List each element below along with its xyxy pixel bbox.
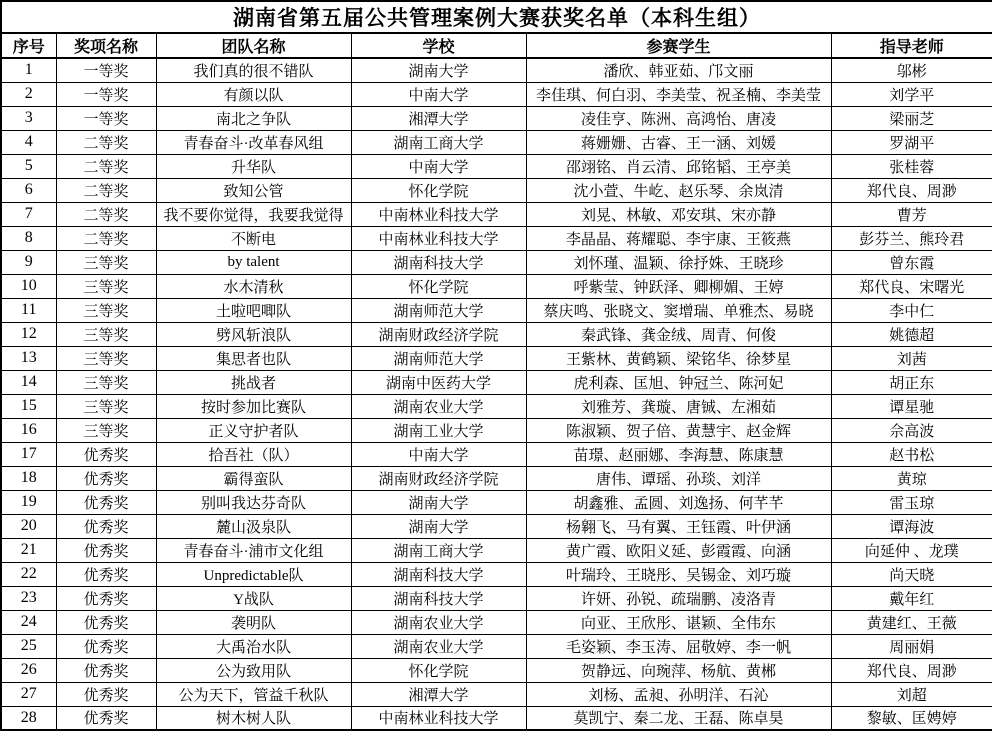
cell-index: 1 xyxy=(1,58,56,82)
cell-advisor: 尚天晓 xyxy=(831,562,992,586)
cell-school: 中南林业科技大学 xyxy=(351,706,526,730)
cell-award: 二等奖 xyxy=(56,130,156,154)
cell-advisor: 刘茜 xyxy=(831,346,992,370)
cell-advisor: 曹芳 xyxy=(831,202,992,226)
cell-students: 凌佳亨、陈洲、高鸿怡、唐凌 xyxy=(526,106,831,130)
table-row: 3一等奖南北之争队湘潭大学凌佳亨、陈洲、高鸿怡、唐凌梁丽芝 xyxy=(1,106,992,130)
cell-advisor: 刘超 xyxy=(831,682,992,706)
table-row: 17优秀奖拾吾社（队）中南大学苗璟、赵丽娜、李海慧、陈康慧赵书松 xyxy=(1,442,992,466)
cell-students: 呼紫莹、钟跃泽、卿柳媚、王婷 xyxy=(526,274,831,298)
cell-index: 24 xyxy=(1,610,56,634)
table-row: 9三等奖by talent湖南科技大学刘怀瑾、温颖、徐抒姝、王晓珍曾东霞 xyxy=(1,250,992,274)
cell-index: 12 xyxy=(1,322,56,346)
cell-advisor: 彭芬兰、熊玲君 xyxy=(831,226,992,250)
cell-school: 湖南科技大学 xyxy=(351,562,526,586)
cell-students: 胡鑫雅、孟圆、刘逸扬、何芊芊 xyxy=(526,490,831,514)
cell-students: 蒋姗姗、古睿、王一涵、刘媛 xyxy=(526,130,831,154)
header-row: 序号奖项名称团队名称学校参赛学生指导老师 xyxy=(1,33,992,58)
cell-index: 26 xyxy=(1,658,56,682)
cell-team: 劈风斩浪队 xyxy=(156,322,351,346)
cell-school: 中南大学 xyxy=(351,154,526,178)
cell-school: 湖南科技大学 xyxy=(351,586,526,610)
cell-team: Unpredictable队 xyxy=(156,562,351,586)
cell-advisor: 曾东霞 xyxy=(831,250,992,274)
cell-index: 9 xyxy=(1,250,56,274)
cell-students: 王紫林、黄鹤颖、梁铭华、徐梦星 xyxy=(526,346,831,370)
cell-index: 17 xyxy=(1,442,56,466)
cell-school: 湘潭大学 xyxy=(351,106,526,130)
table-row: 10三等奖水木清秋怀化学院呼紫莹、钟跃泽、卿柳媚、王婷郑代良、宋曙光 xyxy=(1,274,992,298)
cell-students: 刘雅芳、龚璇、唐铖、左湘茹 xyxy=(526,394,831,418)
cell-award: 三等奖 xyxy=(56,418,156,442)
cell-award: 优秀奖 xyxy=(56,682,156,706)
table-row: 18优秀奖霸得蛮队湖南财政经济学院唐伟、谭瑶、孙琰、刘洋黄琼 xyxy=(1,466,992,490)
cell-index: 20 xyxy=(1,514,56,538)
cell-team: 土啦吧唧队 xyxy=(156,298,351,322)
cell-students: 虎利森、匡旭、钟冠兰、陈河妃 xyxy=(526,370,831,394)
table-row: 1一等奖我们真的很不错队湖南大学潘欣、韩亚茹、邝文丽邬彬 xyxy=(1,58,992,82)
cell-school: 湖南工商大学 xyxy=(351,130,526,154)
cell-team: 青春奋斗·改革春风组 xyxy=(156,130,351,154)
cell-team: 公为天下，管益千秋队 xyxy=(156,682,351,706)
column-header-advisor: 指导老师 xyxy=(831,33,992,58)
column-header-index: 序号 xyxy=(1,33,56,58)
cell-award: 优秀奖 xyxy=(56,442,156,466)
cell-award: 三等奖 xyxy=(56,370,156,394)
cell-advisor: 张桂蓉 xyxy=(831,154,992,178)
cell-index: 27 xyxy=(1,682,56,706)
cell-advisor: 梁丽芝 xyxy=(831,106,992,130)
cell-students: 刘晃、林敏、邓安琪、宋亦静 xyxy=(526,202,831,226)
column-header-award: 奖项名称 xyxy=(56,33,156,58)
table-row: 23优秀奖Y战队湖南科技大学许妍、孙锐、疏瑞鹏、凌洛青戴年红 xyxy=(1,586,992,610)
table-row: 27优秀奖公为天下，管益千秋队湘潭大学刘杨、孟昶、孙明洋、石沁刘超 xyxy=(1,682,992,706)
cell-students: 叶瑞玲、王晓彤、吴锡金、刘巧璇 xyxy=(526,562,831,586)
cell-school: 湖南农业大学 xyxy=(351,394,526,418)
cell-award: 优秀奖 xyxy=(56,514,156,538)
cell-school: 湘潭大学 xyxy=(351,682,526,706)
cell-school: 湖南科技大学 xyxy=(351,250,526,274)
cell-team: 水木清秋 xyxy=(156,274,351,298)
cell-team: 麓山汲泉队 xyxy=(156,514,351,538)
cell-award: 优秀奖 xyxy=(56,706,156,730)
cell-school: 湖南大学 xyxy=(351,514,526,538)
table-row: 21优秀奖青春奋斗·浦市文化组湖南工商大学黄广霞、欧阳义延、彭霞霞、向涵向延仲 … xyxy=(1,538,992,562)
cell-students: 毛姿颖、李玉涛、屈敬婷、李一帆 xyxy=(526,634,831,658)
cell-team: 正义守护者队 xyxy=(156,418,351,442)
cell-school: 湖南工业大学 xyxy=(351,418,526,442)
cell-advisor: 郑代良、周渺 xyxy=(831,658,992,682)
table-row: 15三等奖按时参加比赛队湖南农业大学刘雅芳、龚璇、唐铖、左湘茹谭星驰 xyxy=(1,394,992,418)
cell-award: 三等奖 xyxy=(56,394,156,418)
cell-students: 刘杨、孟昶、孙明洋、石沁 xyxy=(526,682,831,706)
cell-advisor: 赵书松 xyxy=(831,442,992,466)
cell-students: 黄广霞、欧阳义延、彭霞霞、向涵 xyxy=(526,538,831,562)
table-row: 13三等奖集思者也队湖南师范大学王紫林、黄鹤颖、梁铭华、徐梦星刘茜 xyxy=(1,346,992,370)
cell-team: 我们真的很不错队 xyxy=(156,58,351,82)
cell-award: 二等奖 xyxy=(56,226,156,250)
cell-school: 湖南工商大学 xyxy=(351,538,526,562)
cell-team: 袭明队 xyxy=(156,610,351,634)
cell-index: 28 xyxy=(1,706,56,730)
cell-advisor: 郑代良、宋曙光 xyxy=(831,274,992,298)
cell-team: 我不要你觉得，我要我觉得 xyxy=(156,202,351,226)
column-header-team: 团队名称 xyxy=(156,33,351,58)
cell-award: 三等奖 xyxy=(56,322,156,346)
cell-advisor: 邬彬 xyxy=(831,58,992,82)
cell-students: 杨翱飞、马有翼、王钰霞、叶伊涵 xyxy=(526,514,831,538)
cell-team: 拾吾社（队） xyxy=(156,442,351,466)
cell-team: 大禹治水队 xyxy=(156,634,351,658)
table-row: 25优秀奖大禹治水队湖南农业大学毛姿颖、李玉涛、屈敬婷、李一帆周丽娟 xyxy=(1,634,992,658)
table-row: 26优秀奖公为致用队怀化学院贺静远、向琬萍、杨航、黄郴郑代良、周渺 xyxy=(1,658,992,682)
cell-team: 公为致用队 xyxy=(156,658,351,682)
cell-advisor: 佘高波 xyxy=(831,418,992,442)
table-row: 14三等奖挑战者湖南中医药大学虎利森、匡旭、钟冠兰、陈河妃胡正东 xyxy=(1,370,992,394)
cell-award: 优秀奖 xyxy=(56,634,156,658)
cell-students: 许妍、孙锐、疏瑞鹏、凌洛青 xyxy=(526,586,831,610)
cell-students: 苗璟、赵丽娜、李海慧、陈康慧 xyxy=(526,442,831,466)
cell-team: 别叫我达芬奇队 xyxy=(156,490,351,514)
cell-index: 13 xyxy=(1,346,56,370)
cell-index: 18 xyxy=(1,466,56,490)
cell-advisor: 黎敏、匡娉婷 xyxy=(831,706,992,730)
cell-award: 一等奖 xyxy=(56,82,156,106)
cell-award: 优秀奖 xyxy=(56,562,156,586)
cell-index: 6 xyxy=(1,178,56,202)
table-row: 24优秀奖袭明队湖南农业大学向亚、王欣彤、谌颖、全伟东黄建红、王薇 xyxy=(1,610,992,634)
cell-index: 7 xyxy=(1,202,56,226)
cell-award: 优秀奖 xyxy=(56,586,156,610)
cell-school: 湖南大学 xyxy=(351,490,526,514)
cell-students: 邵翊铭、肖云清、邱铭韬、王亭美 xyxy=(526,154,831,178)
cell-index: 8 xyxy=(1,226,56,250)
title-row: 湖南省第五届公共管理案例大赛获奖名单（本科生组） xyxy=(1,1,992,33)
cell-award: 一等奖 xyxy=(56,58,156,82)
cell-index: 21 xyxy=(1,538,56,562)
cell-students: 秦武锋、龚金绒、周青、何俊 xyxy=(526,322,831,346)
cell-index: 19 xyxy=(1,490,56,514)
cell-award: 二等奖 xyxy=(56,202,156,226)
cell-award: 二等奖 xyxy=(56,178,156,202)
cell-award: 三等奖 xyxy=(56,298,156,322)
cell-school: 怀化学院 xyxy=(351,178,526,202)
cell-students: 陈淑颖、贺子倍、黄慧宇、赵金辉 xyxy=(526,418,831,442)
cell-school: 湖南师范大学 xyxy=(351,346,526,370)
cell-advisor: 黄琼 xyxy=(831,466,992,490)
cell-award: 三等奖 xyxy=(56,346,156,370)
cell-index: 25 xyxy=(1,634,56,658)
table-row: 28优秀奖树木树人队中南林业科技大学莫凯宁、秦二龙、王磊、陈卓昊黎敏、匡娉婷 xyxy=(1,706,992,730)
cell-award: 优秀奖 xyxy=(56,610,156,634)
cell-school: 中南林业科技大学 xyxy=(351,202,526,226)
cell-index: 23 xyxy=(1,586,56,610)
cell-school: 湖南农业大学 xyxy=(351,634,526,658)
cell-award: 三等奖 xyxy=(56,274,156,298)
cell-team: 挑战者 xyxy=(156,370,351,394)
cell-school: 湖南大学 xyxy=(351,58,526,82)
cell-school: 湖南财政经济学院 xyxy=(351,466,526,490)
cell-index: 5 xyxy=(1,154,56,178)
cell-students: 蔡庆鸣、张晓文、窦增瑞、单雅杰、易晓 xyxy=(526,298,831,322)
cell-advisor: 谭海波 xyxy=(831,514,992,538)
table-row: 8二等奖不断电中南林业科技大学李晶晶、蒋耀聪、李宇康、王筱燕彭芬兰、熊玲君 xyxy=(1,226,992,250)
cell-index: 14 xyxy=(1,370,56,394)
cell-index: 11 xyxy=(1,298,56,322)
cell-students: 向亚、王欣彤、谌颖、全伟东 xyxy=(526,610,831,634)
table-body: 1一等奖我们真的很不错队湖南大学潘欣、韩亚茹、邝文丽邬彬2一等奖有颜以队中南大学… xyxy=(1,58,992,730)
cell-index: 3 xyxy=(1,106,56,130)
cell-award: 一等奖 xyxy=(56,106,156,130)
cell-index: 10 xyxy=(1,274,56,298)
cell-students: 李晶晶、蒋耀聪、李宇康、王筱燕 xyxy=(526,226,831,250)
cell-students: 沈小萱、牛屹、赵乐琴、余岚清 xyxy=(526,178,831,202)
table-row: 22优秀奖Unpredictable队湖南科技大学叶瑞玲、王晓彤、吴锡金、刘巧璇… xyxy=(1,562,992,586)
cell-advisor: 郑代良、周渺 xyxy=(831,178,992,202)
cell-advisor: 刘学平 xyxy=(831,82,992,106)
cell-school: 中南大学 xyxy=(351,442,526,466)
page-title: 湖南省第五届公共管理案例大赛获奖名单（本科生组） xyxy=(1,1,992,33)
cell-students: 潘欣、韩亚茹、邝文丽 xyxy=(526,58,831,82)
cell-award: 优秀奖 xyxy=(56,466,156,490)
cell-school: 湖南中医药大学 xyxy=(351,370,526,394)
table-row: 12三等奖劈风斩浪队湖南财政经济学院秦武锋、龚金绒、周青、何俊姚德超 xyxy=(1,322,992,346)
cell-advisor: 李中仁 xyxy=(831,298,992,322)
cell-students: 贺静远、向琬萍、杨航、黄郴 xyxy=(526,658,831,682)
cell-team: by talent xyxy=(156,250,351,274)
cell-students: 唐伟、谭瑶、孙琰、刘洋 xyxy=(526,466,831,490)
table-row: 11三等奖土啦吧唧队湖南师范大学蔡庆鸣、张晓文、窦增瑞、单雅杰、易晓李中仁 xyxy=(1,298,992,322)
cell-advisor: 姚德超 xyxy=(831,322,992,346)
awards-table: 湖南省第五届公共管理案例大赛获奖名单（本科生组） 序号奖项名称团队名称学校参赛学… xyxy=(0,0,992,731)
cell-students: 李佳琪、何白羽、李美莹、祝圣楠、李美莹 xyxy=(526,82,831,106)
column-header-students: 参赛学生 xyxy=(526,33,831,58)
cell-index: 2 xyxy=(1,82,56,106)
cell-team: 南北之争队 xyxy=(156,106,351,130)
cell-school: 中南大学 xyxy=(351,82,526,106)
cell-advisor: 谭星驰 xyxy=(831,394,992,418)
cell-school: 湖南财政经济学院 xyxy=(351,322,526,346)
table-row: 6二等奖致知公管怀化学院沈小萱、牛屹、赵乐琴、余岚清郑代良、周渺 xyxy=(1,178,992,202)
cell-index: 4 xyxy=(1,130,56,154)
table-row: 19优秀奖别叫我达芬奇队湖南大学胡鑫雅、孟圆、刘逸扬、何芊芊雷玉琼 xyxy=(1,490,992,514)
table-row: 20优秀奖麓山汲泉队湖南大学杨翱飞、马有翼、王钰霞、叶伊涵谭海波 xyxy=(1,514,992,538)
table-row: 7二等奖我不要你觉得，我要我觉得中南林业科技大学刘晃、林敏、邓安琪、宋亦静曹芳 xyxy=(1,202,992,226)
cell-students: 刘怀瑾、温颖、徐抒姝、王晓珍 xyxy=(526,250,831,274)
cell-school: 怀化学院 xyxy=(351,658,526,682)
cell-team: 青春奋斗·浦市文化组 xyxy=(156,538,351,562)
cell-advisor: 向延仲 、龙璞 xyxy=(831,538,992,562)
cell-team: 升华队 xyxy=(156,154,351,178)
cell-advisor: 罗湖平 xyxy=(831,130,992,154)
cell-index: 16 xyxy=(1,418,56,442)
cell-award: 优秀奖 xyxy=(56,538,156,562)
cell-school: 中南林业科技大学 xyxy=(351,226,526,250)
cell-team: 不断电 xyxy=(156,226,351,250)
table-row: 5二等奖升华队中南大学邵翊铭、肖云清、邱铭韬、王亭美张桂蓉 xyxy=(1,154,992,178)
cell-team: 树木树人队 xyxy=(156,706,351,730)
table-row: 4二等奖青春奋斗·改革春风组湖南工商大学蒋姗姗、古睿、王一涵、刘媛罗湖平 xyxy=(1,130,992,154)
column-header-school: 学校 xyxy=(351,33,526,58)
cell-award: 三等奖 xyxy=(56,250,156,274)
cell-team: 致知公管 xyxy=(156,178,351,202)
cell-team: Y战队 xyxy=(156,586,351,610)
cell-students: 莫凯宁、秦二龙、王磊、陈卓昊 xyxy=(526,706,831,730)
cell-advisor: 黄建红、王薇 xyxy=(831,610,992,634)
cell-award: 二等奖 xyxy=(56,154,156,178)
cell-team: 集思者也队 xyxy=(156,346,351,370)
cell-advisor: 周丽娟 xyxy=(831,634,992,658)
cell-team: 按时参加比赛队 xyxy=(156,394,351,418)
cell-advisor: 雷玉琼 xyxy=(831,490,992,514)
cell-advisor: 胡正东 xyxy=(831,370,992,394)
cell-team: 有颜以队 xyxy=(156,82,351,106)
cell-advisor: 戴年红 xyxy=(831,586,992,610)
cell-index: 22 xyxy=(1,562,56,586)
cell-index: 15 xyxy=(1,394,56,418)
cell-award: 优秀奖 xyxy=(56,658,156,682)
cell-school: 湖南农业大学 xyxy=(351,610,526,634)
table-row: 16三等奖正义守护者队湖南工业大学陈淑颖、贺子倍、黄慧宇、赵金辉佘高波 xyxy=(1,418,992,442)
table-row: 2一等奖有颜以队中南大学李佳琪、何白羽、李美莹、祝圣楠、李美莹刘学平 xyxy=(1,82,992,106)
cell-team: 霸得蛮队 xyxy=(156,466,351,490)
cell-school: 湖南师范大学 xyxy=(351,298,526,322)
cell-award: 优秀奖 xyxy=(56,490,156,514)
cell-school: 怀化学院 xyxy=(351,274,526,298)
